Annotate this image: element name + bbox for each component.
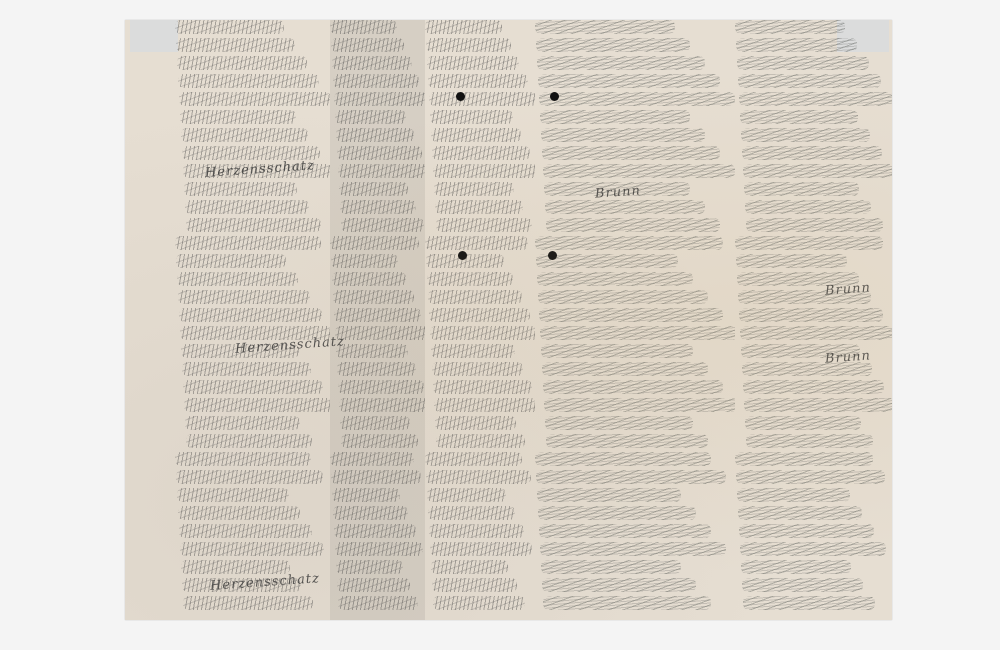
- scribble-line: [539, 524, 711, 538]
- scribble-line: [434, 398, 535, 412]
- scribble-line: [333, 74, 419, 88]
- scribble-line: [740, 542, 886, 556]
- scribble-line: [430, 326, 535, 340]
- scribble-line: [541, 128, 705, 142]
- scribble-line: [736, 254, 847, 268]
- scribble-line: [537, 488, 681, 502]
- scribble-line: [435, 416, 516, 430]
- scribble-line: [536, 38, 690, 52]
- scribble-line: [738, 506, 862, 520]
- scribble-line: [433, 596, 525, 610]
- scribble-line: [740, 110, 858, 124]
- scribble-line: [433, 164, 535, 178]
- scribble-line: [184, 398, 330, 412]
- scribble-line: [537, 56, 705, 70]
- scribble-line: [341, 434, 418, 448]
- scribble-line: [181, 560, 290, 574]
- scribble-line: [535, 236, 723, 250]
- scribble-line: [546, 434, 708, 448]
- scribble-line: [182, 362, 311, 376]
- tape-top-left: [130, 20, 178, 52]
- scribble-line: [430, 542, 532, 556]
- scribble-line: [429, 92, 535, 106]
- punch-hole: [456, 92, 465, 101]
- scribble-line: [335, 542, 423, 556]
- scribble-line: [183, 596, 313, 610]
- scribble-line: [430, 110, 513, 124]
- scribble-line: [181, 128, 308, 142]
- scribble-line: [736, 470, 885, 484]
- scribble-line: [436, 434, 525, 448]
- handwritten-word: Brunn: [595, 183, 642, 201]
- scribble-line: [182, 146, 320, 160]
- scribble-line: [539, 92, 735, 106]
- scribble-line: [332, 272, 406, 286]
- scribble-line: [339, 398, 425, 412]
- scribble-line: [425, 236, 528, 250]
- scribble-line: [435, 200, 523, 214]
- scribble-line: [538, 290, 708, 304]
- handwriting-column-5: [735, 20, 892, 620]
- punch-hole: [550, 92, 559, 101]
- scribble-line: [743, 596, 875, 610]
- scribble-line: [428, 506, 515, 520]
- scribble-line: [179, 92, 330, 106]
- scribble-line: [332, 56, 412, 70]
- scribble-line: [428, 74, 528, 88]
- handwriting-column-1: [175, 20, 330, 620]
- scribble-line: [185, 200, 309, 214]
- scribble-line: [186, 434, 312, 448]
- scribble-line: [425, 452, 522, 466]
- scribble-line: [540, 110, 690, 124]
- scribble-line: [536, 254, 678, 268]
- scribble-line: [737, 56, 869, 70]
- scribble-line: [330, 236, 419, 250]
- scribble-line: [542, 146, 720, 160]
- scribble-line: [746, 434, 873, 448]
- scribble-line: [341, 218, 424, 232]
- scribble-line: [331, 38, 404, 52]
- scribble-line: [431, 344, 515, 358]
- scribble-line: [339, 182, 408, 196]
- scribble-line: [426, 38, 511, 52]
- handwritten-word: Brunn: [825, 348, 872, 366]
- scribble-line: [334, 524, 416, 538]
- scribble-line: [735, 236, 883, 250]
- scribble-line: [425, 20, 502, 34]
- scribble-line: [427, 56, 519, 70]
- scribble-line: [337, 146, 422, 160]
- scribble-line: [535, 20, 675, 34]
- scribble-line: [745, 416, 861, 430]
- scribble-line: [183, 380, 323, 394]
- scribble-line: [741, 560, 851, 574]
- scribble-line: [542, 362, 708, 376]
- scribble-line: [545, 200, 705, 214]
- scribble-line: [334, 92, 425, 106]
- punch-hole: [458, 251, 467, 260]
- scribble-line: [177, 56, 307, 70]
- scribble-line: [739, 308, 883, 322]
- scribble-line: [429, 308, 530, 322]
- scribble-line: [543, 164, 735, 178]
- scribble-line: [176, 38, 295, 52]
- scribble-line: [176, 470, 323, 484]
- scribble-line: [427, 272, 513, 286]
- scribble-line: [434, 182, 514, 196]
- punch-hole: [548, 251, 557, 260]
- scribble-line: [179, 308, 322, 322]
- scribble-line: [186, 218, 321, 232]
- scribble-line: [338, 380, 424, 394]
- scribble-line: [336, 128, 414, 142]
- scribble-line: [543, 380, 723, 394]
- scribble-line: [338, 164, 425, 178]
- scribble-line: [741, 128, 870, 142]
- scribble-line: [338, 596, 418, 610]
- scribble-line: [738, 74, 881, 88]
- scribble-line: [742, 146, 882, 160]
- scribble-line: [334, 308, 421, 322]
- scribble-line: [540, 326, 735, 340]
- scribble-line: [333, 506, 408, 520]
- scribble-line: [545, 416, 693, 430]
- scribble-line: [330, 20, 397, 34]
- scribble-line: [426, 470, 531, 484]
- scribble-line: [331, 254, 398, 268]
- scribble-line: [176, 254, 286, 268]
- scribble-line: [537, 272, 693, 286]
- scribble-line: [538, 74, 720, 88]
- scribble-line: [175, 20, 284, 34]
- scribble-line: [744, 182, 859, 196]
- scribble-line: [175, 236, 321, 250]
- scribble-line: [543, 596, 711, 610]
- scribble-line: [737, 488, 850, 502]
- scribble-line: [184, 182, 297, 196]
- scribble-line: [735, 20, 845, 34]
- scribble-line: [180, 542, 324, 556]
- scribble-line: [542, 578, 696, 592]
- handwritten-word: Brunn: [825, 280, 872, 298]
- scribble-line: [177, 272, 298, 286]
- scribble-line: [337, 362, 416, 376]
- scribble-line: [739, 524, 874, 538]
- scribble-line: [541, 344, 693, 358]
- scribble-line: [540, 542, 726, 556]
- scribble-line: [535, 452, 711, 466]
- scribble-line: [546, 218, 720, 232]
- scribble-line: [431, 560, 508, 574]
- scribble-line: [336, 344, 408, 358]
- scribble-line: [185, 416, 300, 430]
- scribble-line: [744, 398, 892, 412]
- scribble-line: [740, 326, 892, 340]
- scribble-line: [332, 488, 400, 502]
- scribble-line: [340, 416, 410, 430]
- scribble-line: [432, 146, 530, 160]
- scribble-line: [736, 38, 857, 52]
- scribble-line: [745, 200, 871, 214]
- scribble-line: [178, 506, 300, 520]
- scribble-line: [331, 470, 421, 484]
- handwriting-column-2: [330, 20, 425, 620]
- scribble-line: [429, 524, 524, 538]
- scribble-line: [539, 308, 723, 322]
- handwriting-column-3: [425, 20, 535, 620]
- scribble-line: [427, 488, 506, 502]
- scribble-line: [333, 290, 414, 304]
- scribble-line: [337, 578, 410, 592]
- scribble-line: [541, 560, 681, 574]
- scribble-line: [336, 560, 403, 574]
- scribble-line: [432, 362, 523, 376]
- scribble-line: [428, 290, 522, 304]
- scribble-line: [178, 290, 310, 304]
- scribble-line: [432, 578, 517, 592]
- scribble-line: [431, 128, 521, 142]
- scribble-line: [742, 578, 863, 592]
- scribble-line: [735, 452, 873, 466]
- scribble-line: [335, 110, 406, 124]
- scribble-line: [743, 164, 892, 178]
- scribble-line: [436, 218, 532, 232]
- scribble-line: [538, 506, 696, 520]
- scribble-line: [746, 218, 883, 232]
- scribble-line: [335, 326, 425, 340]
- handwriting-column-4: [535, 20, 735, 620]
- scribble-line: [175, 452, 311, 466]
- scribble-line: [433, 380, 532, 394]
- scribble-line: [179, 524, 312, 538]
- scribble-line: [743, 380, 884, 394]
- paper-sheet: Herzensschatz Herzensschatz Herzensschat…: [125, 20, 892, 620]
- scribble-line: [177, 488, 289, 502]
- scribble-line: [544, 398, 735, 412]
- scribble-line: [330, 452, 414, 466]
- scribble-line: [739, 92, 892, 106]
- scribble-line: [536, 470, 726, 484]
- scribble-line: [340, 200, 416, 214]
- scribble-line: [178, 74, 319, 88]
- scribble-line: [180, 110, 296, 124]
